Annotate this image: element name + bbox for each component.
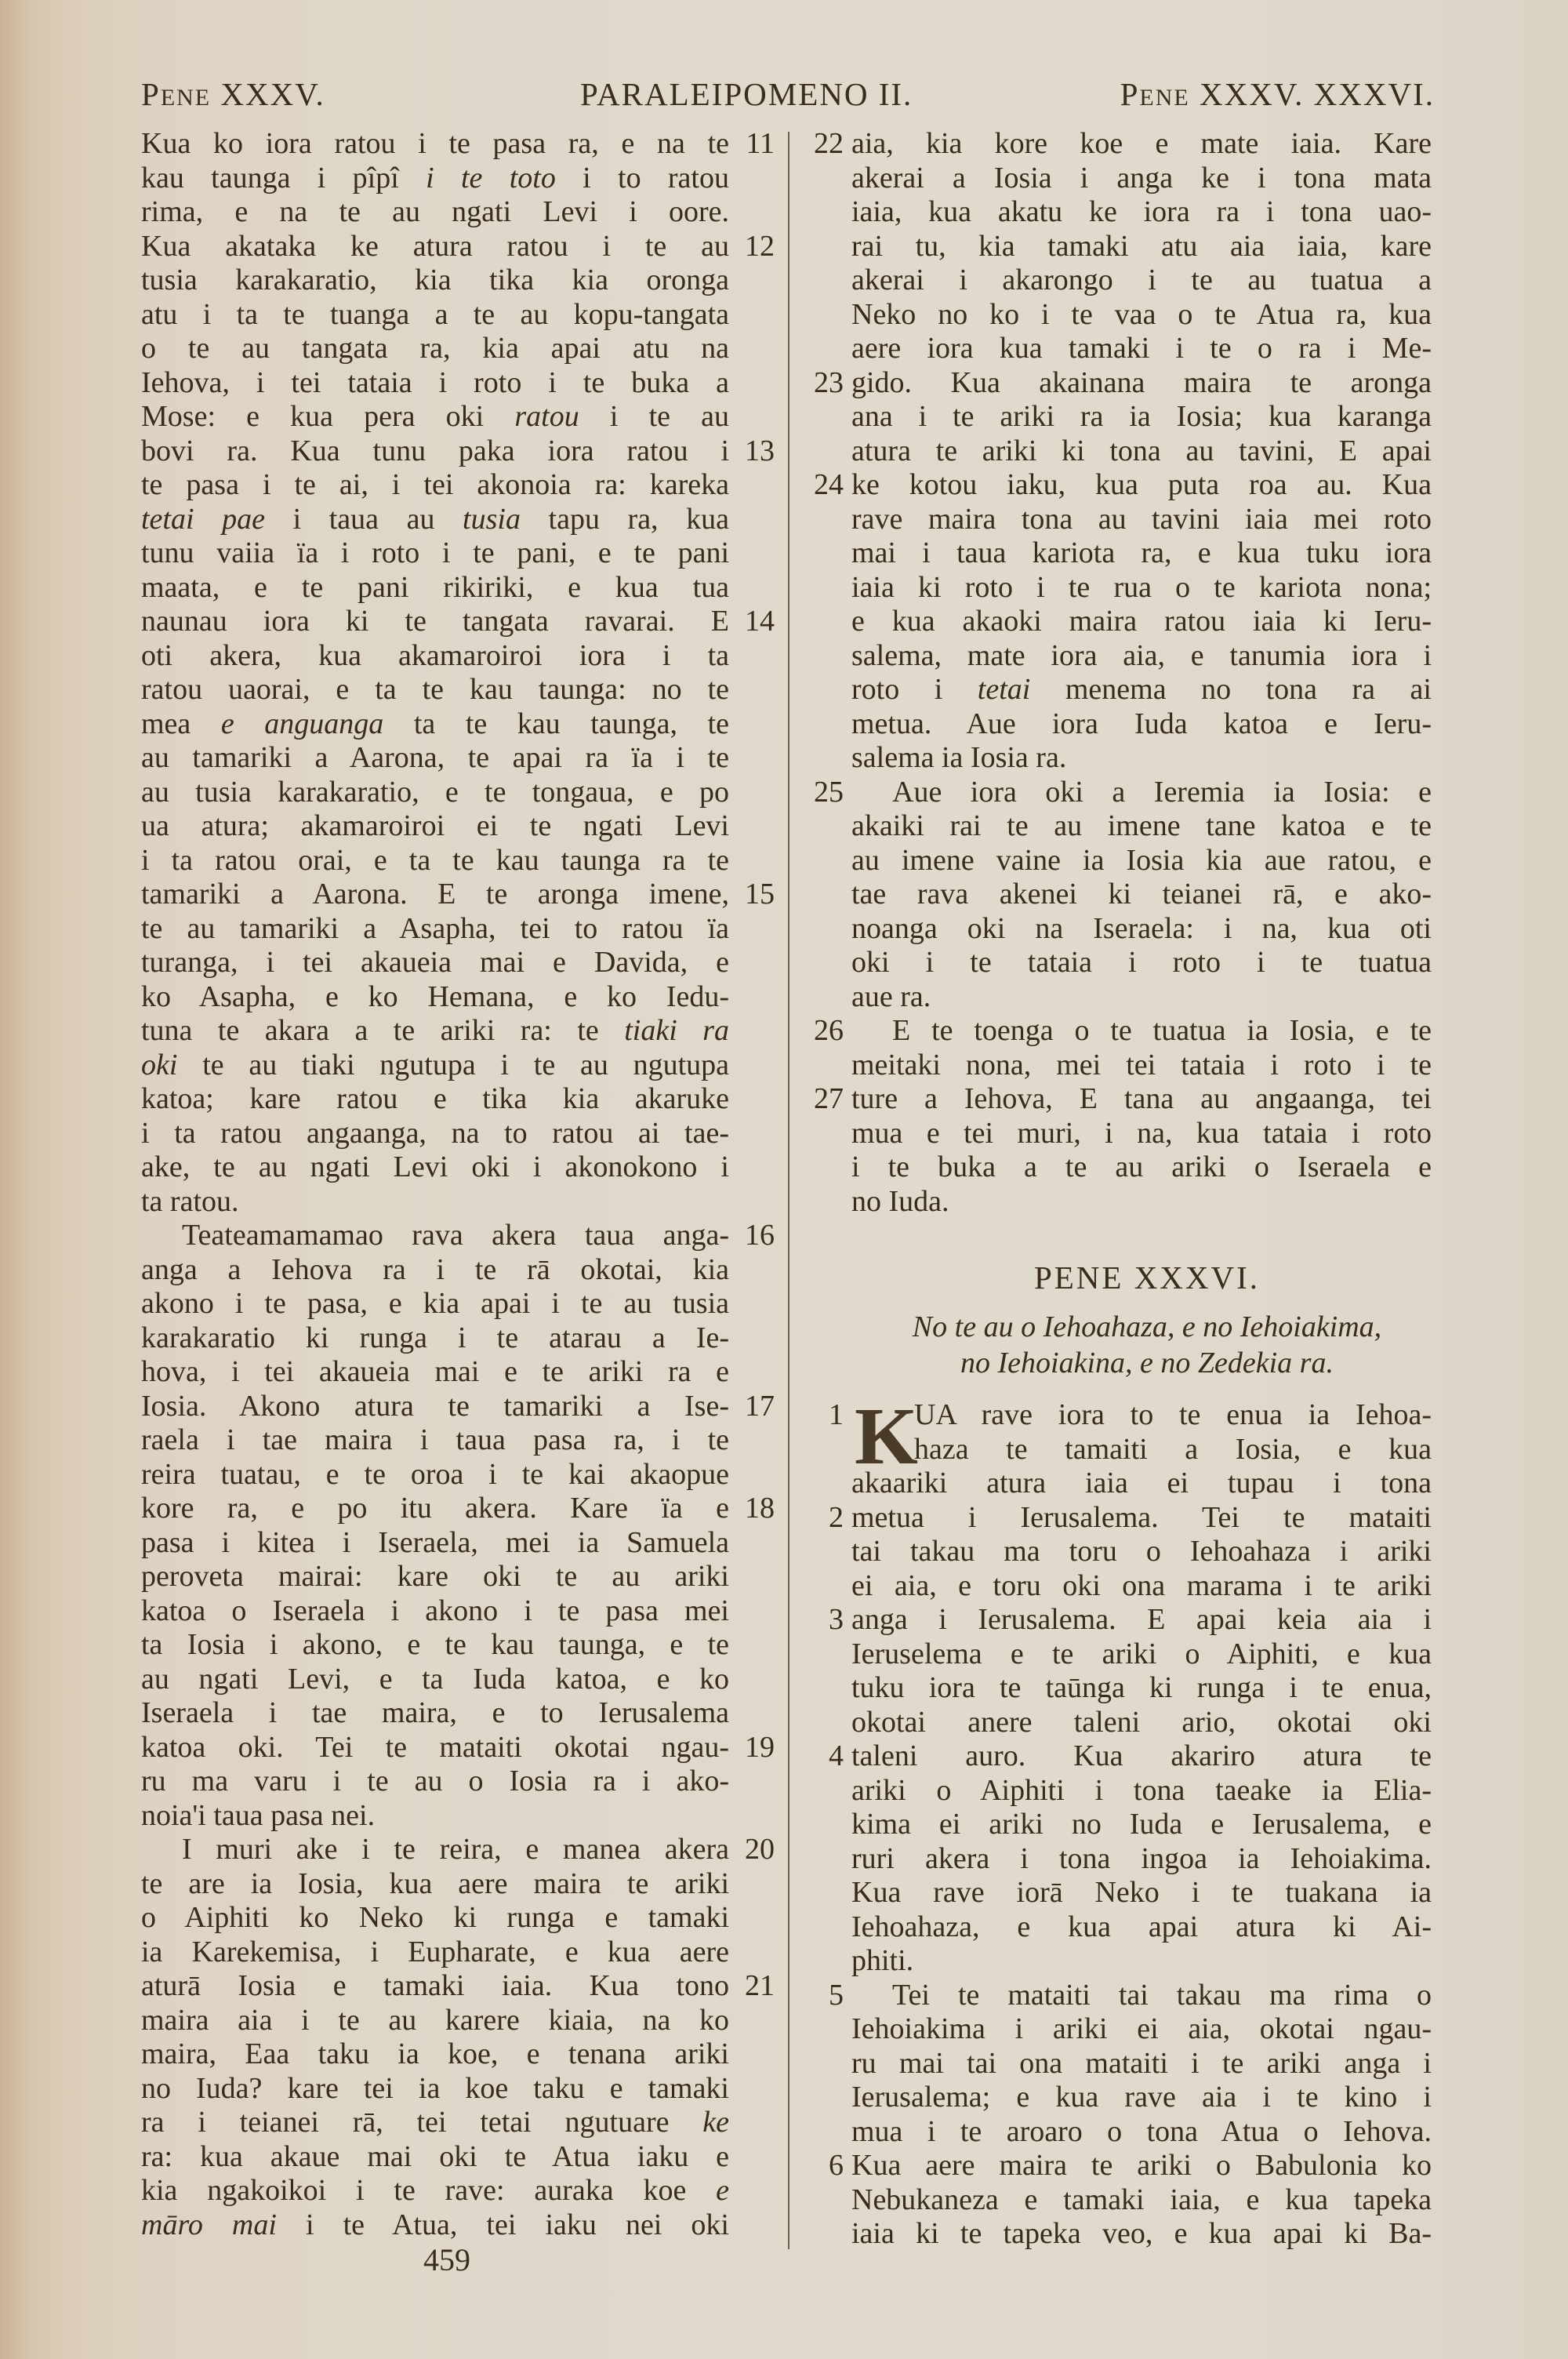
text-line: aia, kia kore koe e mate iaia. Kare22	[800, 127, 1443, 162]
text-line: aere iora kua tamaki i te o ra i Me-	[800, 332, 1443, 366]
line-text: akaiki rai te au imene tane katoa e te	[851, 809, 1432, 844]
line-text: ra i teianei rā, tei tetai ngutuare ke	[141, 2106, 729, 2140]
text-line: rave maira tona au tavini iaia mei roto	[800, 503, 1443, 537]
text-line: no Iuda? kare tei ia koe taku e tamaki	[141, 2072, 776, 2106]
text-line: kau taunga i pîpî i te toto i to ratou	[141, 162, 776, 196]
text-line: karakaratio ki runga i te atarau a Ie-	[141, 1321, 776, 1356]
verse-number: 5	[800, 1979, 844, 2013]
text-line: Ieruselema e te ariki o Aiphiti, e kua	[800, 1637, 1443, 1672]
line-text: Aue iora oki a Ieremia ia Iosia: e	[851, 776, 1432, 810]
text-line: ua atura; akamaroiroi ei te ngati Levi	[141, 809, 776, 844]
text-line: o te au tangata ra, kia apai atu na	[141, 332, 776, 366]
text-line: ake, te au ngati Levi oki i akonokono i	[141, 1150, 776, 1185]
line-text: anga i Ierusalema. E apai keia aia i	[851, 1603, 1432, 1637]
verse-number: 14	[731, 605, 775, 639]
text-line: anga a Iehova ra i te rā okotai, kia	[141, 1253, 776, 1288]
line-text: iaia, kua akatu ke iora ra i tona uao-	[851, 195, 1432, 230]
text-line: kima ei ariki no Iuda e Ierusalema, e	[800, 1808, 1443, 1842]
line-text: phiti.	[851, 1944, 1432, 1979]
line-text: I muri ake i te reira, e manea akera	[141, 1833, 729, 1867]
line-text: tusia karakaratio, kia tika kia oronga	[141, 264, 729, 298]
text-line: Kua ko iora ratou i te pasa ra, e na te1…	[141, 127, 776, 162]
text-line: Teateamamamao rava akera taua anga-16	[141, 1219, 776, 1253]
running-header-title: PARALEIPOMENO II.	[580, 75, 913, 113]
text-line: gido. Kua akainana maira te aronga23	[800, 366, 1443, 401]
chapter-summary-line: no Iehoiakina, e no Zedekia ra.	[851, 1345, 1443, 1381]
text-line: au ngati Levi, e ta Iuda katoa, e ko	[141, 1663, 776, 1697]
text-line: ariki o Aiphiti i tona taeake ia Elia-	[800, 1774, 1443, 1808]
line-text: Iosia. Akono atura te tamariki a Ise-	[141, 1390, 729, 1424]
line-text: roto i tetai menema no tona ra ai	[851, 673, 1432, 707]
line-text: Neko no ko i te vaa o te Atua ra, kua	[851, 298, 1432, 333]
line-text: atu i ta te tuanga a te au kopu-tangata	[141, 298, 729, 333]
line-text: ua atura; akamaroiroi ei te ngati Levi	[141, 809, 729, 844]
verse-number: 26	[800, 1014, 844, 1049]
line-text: ratou uaorai, e ta te kau taunga: no te	[141, 673, 729, 707]
line-text: mai i taua kariota ra, e kua tuku iora	[851, 536, 1432, 571]
line-text: noia'i taua pasa nei.	[141, 1799, 729, 1834]
verse-number: 2	[800, 1501, 844, 1536]
text-line: te are ia Iosia, kua aere maira te ariki	[141, 1867, 776, 1902]
text-line: ra i teianei rā, tei tetai ngutuare ke	[141, 2106, 776, 2140]
line-text: ta ratou.	[141, 1185, 729, 1219]
text-line: tamariki a Aarona. E te aronga imene,15	[141, 878, 776, 912]
line-text: ture a Iehova, E tana au angaanga, tei	[851, 1082, 1432, 1117]
line-text: kore ra, e po itu akera. Kare ïa e	[141, 1492, 729, 1526]
line-text: i ta ratou orai, e ta te kau taunga ra t…	[141, 844, 729, 878]
text-line: ke kotou iaku, kua puta roa au. Kua24	[800, 468, 1443, 503]
left-column: Kua ko iora ratou i te pasa ra, e na te1…	[141, 127, 776, 2242]
text-line: Iosia. Akono atura te tamariki a Ise-17	[141, 1390, 776, 1424]
line-text: te pasa i te ai, i tei akonoia ra: karek…	[141, 468, 729, 503]
line-text: Iehoiakima i ariki ei aia, okotai ngau-	[851, 2012, 1432, 2047]
chapter-36-start: UA rave iora to te enua ia Iehoa-1haza t…	[800, 1398, 1443, 2252]
chapter-35-end: aia, kia kore koe e mate iaia. Kare22ake…	[800, 127, 1443, 1219]
text-line: au tusia karakaratio, e te tongaua, e po	[141, 776, 776, 810]
line-text: ru ma varu i te au o Iosia ra i ako-	[141, 1765, 729, 1799]
line-text: akono i te pasa, e kia apai i te au tusi…	[141, 1287, 729, 1321]
text-line: mai i taua kariota ra, e kua tuku iora	[800, 536, 1443, 571]
text-line: tai takau ma toru o Iehoahaza i ariki	[800, 1535, 1443, 1569]
line-text: au tusia karakaratio, e te tongaua, e po	[141, 776, 729, 810]
text-line: akono i te pasa, e kia apai i te au tusi…	[141, 1287, 776, 1321]
text-line: hova, i tei akaueia mai e te ariki ra e	[141, 1355, 776, 1390]
text-line: ru mai tai ona mataiti i te ariki anga i	[800, 2047, 1443, 2081]
text-line: Iehoiakima i ariki ei aia, okotai ngau-	[800, 2012, 1443, 2047]
line-text: oti akera, kua akamaroiroi iora i ta	[141, 639, 729, 674]
line-text: Mose: e kua pera oki ratou i te au	[141, 400, 729, 434]
verse-number: 20	[731, 1833, 775, 1867]
text-line: akerai a Iosia i anga ke i tona mata	[800, 162, 1443, 196]
running-header-right: PENE XXXV. XXXVI.	[1120, 75, 1435, 113]
verse-number: 22	[800, 127, 844, 162]
book-page: PENE XXXV. PARALEIPOMENO II. PENE XXXV. …	[0, 0, 1568, 2359]
line-text: ana i te ariki ra ia Iosia; kua karanga	[851, 400, 1432, 434]
text-line: i te buka a te au ariki o Iseraela e	[800, 1150, 1443, 1185]
line-text: Kua ko iora ratou i te pasa ra, e na te	[141, 127, 729, 162]
text-line: mea e anguanga ta te kau taunga, te	[141, 707, 776, 742]
text-line: ta ratou.	[141, 1185, 776, 1219]
line-text: māro mai i te Atua, tei iaku nei oki	[141, 2208, 729, 2243]
text-line: i ta ratou orai, e ta te kau taunga ra t…	[141, 844, 776, 878]
text-line: Ierusalema; e kua rave aia i te kino i	[800, 2081, 1443, 2115]
verse-number: 6	[800, 2149, 844, 2183]
line-text: au tamariki a Aarona, te apai ra ïa i te	[141, 741, 729, 776]
line-text: tunu vaiia ïa i roto i te pani, e te pan…	[141, 536, 729, 571]
verse-number: 27	[800, 1082, 844, 1117]
text-line: au tamariki a Aarona, te apai ra ïa i te	[141, 741, 776, 776]
line-text: hova, i tei akaueia mai e te ariki ra e	[141, 1355, 729, 1390]
line-text: ake, te au ngati Levi oki i akonokono i	[141, 1150, 729, 1185]
verse-number: 12	[731, 230, 775, 264]
line-text: Iehoahaza, e kua apai atura ki Ai-	[851, 1910, 1432, 1945]
text-line: ko Asapha, e ko Hemana, e ko Iedu-	[141, 980, 776, 1015]
line-text: pasa i kitea i Iseraela, mei ia Samuela	[141, 1526, 729, 1561]
line-text: ia Karekemisa, i Eupharate, e kua aere	[141, 1936, 729, 1970]
verse-number: 18	[731, 1492, 775, 1526]
text-line: ra: kua akaue mai oki te Atua iaku e	[141, 2140, 776, 2175]
text-line: Tei te mataiti tai takau ma rima o5	[800, 1979, 1443, 2013]
text-line: katoa o Iseraela i akono i te pasa mei	[141, 1594, 776, 1629]
line-text: o Aiphiti ko Neko ki runga e tamaki	[141, 1901, 729, 1936]
verse-number: 17	[731, 1390, 775, 1424]
line-text: raela i tae maira i taua pasa ra, i te	[141, 1423, 729, 1458]
line-text: tai takau ma toru o Iehoahaza i ariki	[851, 1535, 1432, 1569]
text-line: ture a Iehova, E tana au angaanga, tei27	[800, 1082, 1443, 1117]
text-line: te au tamariki a Asapha, tei to ratou ïa	[141, 912, 776, 947]
text-line: Kua aere maira te ariki o Babulonia ko6	[800, 2149, 1443, 2183]
text-line: reira tuatau, e te oroa i te kai akaopue	[141, 1458, 776, 1492]
verse-number: 21	[731, 1969, 775, 2004]
line-text: katoa o Iseraela i akono i te pasa mei	[141, 1594, 729, 1629]
line-text: salema, mate iora aia, e tanumia iora i	[851, 639, 1432, 674]
line-text: anga a Iehova ra i te rā okotai, kia	[141, 1253, 729, 1288]
line-text: Ieruselema e te ariki o Aiphiti, e kua	[851, 1637, 1432, 1672]
line-text: peroveta mairai: kare oki te au ariki	[141, 1560, 729, 1594]
verse-number: 4	[800, 1739, 844, 1774]
line-text: tuna te akara a te ariki ra: te tiaki ra	[141, 1014, 729, 1049]
line-text: rave maira tona au tavini iaia mei roto	[851, 503, 1432, 537]
text-line: mua e tei muri, i na, kua tataia i roto	[800, 1117, 1443, 1151]
running-header-left: PENE XXXV.	[141, 75, 325, 113]
drop-cap: K	[855, 1401, 918, 1472]
text-line: iaia ki te tapeka veo, e kua apai ki Ba-	[800, 2217, 1443, 2252]
text-line: tuku iora te taūnga ki runga i te enua,	[800, 1671, 1443, 1706]
line-text: haza te tamaiti a Iosia, e kua	[851, 1433, 1432, 1467]
text-line: Kua rave iorā Neko i te tuakana ia	[800, 1876, 1443, 1910]
line-text: kia ngakoikoi i te rave: auraka koe e	[141, 2174, 729, 2208]
text-line: I muri ake i te reira, e manea akera20	[141, 1833, 776, 1867]
text-line: ana i te ariki ra ia Iosia; kua karanga	[800, 400, 1443, 434]
text-line: metua i Ierusalema. Tei te mataiti2	[800, 1501, 1443, 1536]
line-text: iaia ki te tapeka veo, e kua apai ki Ba-	[851, 2217, 1432, 2252]
text-line: maata, e te pani rikiriki, e kua tua	[141, 571, 776, 605]
line-text: Kua rave iorā Neko i te tuakana ia	[851, 1876, 1432, 1910]
line-text: meitaki nona, mei tei tataia i roto i te	[851, 1049, 1432, 1083]
text-line: Kua akataka ke atura ratou i te au12	[141, 230, 776, 264]
verse-number: 15	[731, 878, 775, 912]
text-line: ei aia, e toru oki ona marama i te ariki	[800, 1569, 1443, 1604]
text-line: no Iuda.	[800, 1185, 1443, 1219]
line-text: katoa oki. Tei te mataiti okotai ngau-	[141, 1731, 729, 1765]
text-line: okotai anere taleni ario, okotai oki	[800, 1706, 1443, 1740]
text-line: e kua akaoki maira ratou iaia ki Ieru-	[800, 605, 1443, 639]
text-line: au imene vaine ia Iosia kia aue ratou, e	[800, 844, 1443, 878]
verse-number: 25	[800, 776, 844, 810]
text-line: aturā Iosia e tamaki iaia. Kua tono21	[141, 1969, 776, 2004]
text-line: meitaki nona, mei tei tataia i roto i te	[800, 1049, 1443, 1083]
verse-number: 23	[800, 366, 844, 401]
line-text: rai tu, kia tamaki atu aia iaia, kare	[851, 230, 1432, 264]
chapter-summary: No te au o Iehoahaza, e no Iehoiakima, n…	[800, 1309, 1443, 1381]
text-line: akerai i akarongo i te au tuatua a	[800, 264, 1443, 298]
text-line: Iehova, i tei tataia i roto i te buka a	[141, 366, 776, 401]
line-text: ei aia, e toru oki ona marama i te ariki	[851, 1569, 1432, 1604]
line-text: aue ra.	[851, 980, 1432, 1015]
text-line: taleni auro. Kua akariro atura te4	[800, 1739, 1443, 1774]
text-line: noanga oki na Iseraela: i na, kua oti	[800, 912, 1443, 947]
line-text: ra: kua akaue mai oki te Atua iaku e	[141, 2140, 729, 2175]
text-line: ta Iosia i akono, e te kau taunga, e te	[141, 1628, 776, 1663]
line-text: oki i te tataia i roto i te tuatua	[851, 946, 1432, 980]
line-text: metua i Ierusalema. Tei te mataiti	[851, 1501, 1432, 1536]
text-line: maira, Eaa taku ia koe, e tenana ariki	[141, 2037, 776, 2072]
text-line: Neko no ko i te vaa o te Atua ra, kua	[800, 298, 1443, 333]
text-line: naunau iora ki te tangata ravarai. E14	[141, 605, 776, 639]
line-text: Kua akataka ke atura ratou i te au	[141, 230, 729, 264]
line-text: rima, e na te au ngati Levi i oore.	[141, 195, 729, 230]
text-line: ia Karekemisa, i Eupharate, e kua aere	[141, 1936, 776, 1970]
text-line: turanga, i tei akaueia mai e Davida, e	[141, 946, 776, 980]
line-text: bovi ra. Kua tunu paka iora ratou i	[141, 434, 729, 469]
text-line: tunu vaiia ïa i roto i te pani, e te pan…	[141, 536, 776, 571]
chapter-summary-line: No te au o Iehoahaza, e no Iehoiakima,	[851, 1309, 1443, 1345]
text-line: roto i tetai menema no tona ra ai	[800, 673, 1443, 707]
text-line: ratou uaorai, e ta te kau taunga: no te	[141, 673, 776, 707]
line-text: reira tuatau, e te oroa i te kai akaopue	[141, 1458, 729, 1492]
text-line: i ta ratou angaanga, na to ratou ai tae-	[141, 1117, 776, 1151]
line-text: e kua akaoki maira ratou iaia ki Ieru-	[851, 605, 1432, 639]
text-line: phiti.	[800, 1944, 1443, 1979]
line-text: aia, kia kore koe e mate iaia. Kare	[851, 127, 1432, 162]
text-line: maira aia i te au karere kiaia, na ko	[141, 2004, 776, 2038]
text-line: ruri akera i tona ingoa ia Iehoiakima.	[800, 1842, 1443, 1877]
text-line: iaia ki roto i te rua o te kariota nona;	[800, 571, 1443, 605]
text-line: bovi ra. Kua tunu paka iora ratou i13	[141, 434, 776, 469]
page-number: 459	[423, 2241, 470, 2278]
line-text: i ta ratou angaanga, na to ratou ai tae-	[141, 1117, 729, 1151]
line-text: karakaratio ki runga i te atarau a Ie-	[141, 1321, 729, 1356]
text-line: peroveta mairai: kare oki te au ariki	[141, 1560, 776, 1594]
verse-number: 24	[800, 468, 844, 503]
line-text: mea e anguanga ta te kau taunga, te	[141, 707, 729, 742]
line-text: gido. Kua akainana maira te aronga	[851, 366, 1432, 401]
line-text: oki te au tiaki ngutupa i te au ngutupa	[141, 1049, 729, 1083]
line-text: i te buka a te au ariki o Iseraela e	[851, 1150, 1432, 1185]
text-line: iaia, kua akatu ke iora ra i tona uao-	[800, 195, 1443, 230]
right-column: aia, kia kore koe e mate iaia. Kare22ake…	[800, 127, 1443, 2252]
text-line: anga i Ierusalema. E apai keia aia i3	[800, 1603, 1443, 1637]
verse-number: 11	[731, 127, 775, 162]
column-rule	[788, 132, 789, 2249]
line-text: akerai a Iosia i anga ke i tona mata	[851, 162, 1432, 196]
text-line: salema ia Iosia ra.	[800, 741, 1443, 776]
text-line: oki te au tiaki ngutupa i te au ngutupa	[141, 1049, 776, 1083]
text-line: tusia karakaratio, kia tika kia oronga	[141, 264, 776, 298]
line-text: naunau iora ki te tangata ravarai. E	[141, 605, 729, 639]
line-text: ru mai tai ona mataiti i te ariki anga i	[851, 2047, 1432, 2081]
running-header: PENE XXXV. PARALEIPOMENO II. PENE XXXV. …	[141, 75, 1435, 122]
text-line: kia ngakoikoi i te rave: auraka koe e	[141, 2174, 776, 2208]
text-line: oki i te tataia i roto i te tuatua	[800, 946, 1443, 980]
text-line: noia'i taua pasa nei.	[141, 1799, 776, 1834]
line-text: taleni auro. Kua akariro atura te	[851, 1739, 1432, 1774]
line-text: maira, Eaa taku ia koe, e tenana ariki	[141, 2037, 729, 2072]
text-line: Nebukaneza e tamaki iaia, e kua tapeka	[800, 2183, 1443, 2218]
line-text: maira aia i te au karere kiaia, na ko	[141, 2004, 729, 2038]
line-text: ta Iosia i akono, e te kau taunga, e te	[141, 1628, 729, 1663]
line-text: Iseraela i tae maira, e to Ierusalema	[141, 1696, 729, 1731]
verse-number: 3	[800, 1603, 844, 1637]
verse-number: 16	[731, 1219, 775, 1253]
text-line: ru ma varu i te au o Iosia ra i ako-	[141, 1765, 776, 1799]
text-line: o Aiphiti ko Neko ki runga e tamaki	[141, 1901, 776, 1936]
line-text: akerai i akarongo i te au tuatua a	[851, 264, 1432, 298]
line-text: Ierusalema; e kua rave aia i te kino i	[851, 2081, 1432, 2115]
text-line: oti akera, kua akamaroiroi iora i ta	[141, 639, 776, 674]
line-text: UA rave iora to te enua ia Iehoa-	[851, 1398, 1432, 1433]
line-text: turanga, i tei akaueia mai e Davida, e	[141, 946, 729, 980]
line-text: aturā Iosia e tamaki iaia. Kua tono	[141, 1969, 729, 2004]
line-text: mua e tei muri, i na, kua tataia i roto	[851, 1117, 1432, 1151]
text-line: E te toenga o te tuatua ia Iosia, e te26	[800, 1014, 1443, 1049]
text-line: katoa oki. Tei te mataiti okotai ngau-19	[141, 1731, 776, 1765]
text-line: pasa i kitea i Iseraela, mei ia Samuela	[141, 1526, 776, 1561]
text-line: Aue iora oki a Ieremia ia Iosia: e25	[800, 776, 1443, 810]
line-text: Tei te mataiti tai takau ma rima o	[851, 1979, 1432, 2013]
line-text: ruri akera i tona ingoa ia Iehoiakima.	[851, 1842, 1432, 1877]
text-line: rima, e na te au ngati Levi i oore.	[141, 195, 776, 230]
line-text: E te toenga o te tuatua ia Iosia, e te	[851, 1014, 1432, 1049]
text-line: katoa; kare ratou e tika kia akaruke	[141, 1082, 776, 1117]
text-line: Mose: e kua pera oki ratou i te au	[141, 400, 776, 434]
text-line: mua i te aroaro o tona Atua o Iehova.	[800, 2115, 1443, 2150]
line-text: atura te ariki ki tona au tavini, E apai	[851, 434, 1432, 469]
line-text: mua i te aroaro o tona Atua o Iehova.	[851, 2115, 1432, 2150]
verse-number: 1	[800, 1398, 844, 1433]
line-text: tuku iora te taūnga ki runga i te enua,	[851, 1671, 1432, 1706]
text-line: salema, mate iora aia, e tanumia iora i	[800, 639, 1443, 674]
line-text: no Iuda.	[851, 1185, 1432, 1219]
line-text: au imene vaine ia Iosia kia aue ratou, e	[851, 844, 1432, 878]
line-text: okotai anere taleni ario, okotai oki	[851, 1706, 1432, 1740]
line-text: kima ei ariki no Iuda e Ierusalema, e	[851, 1808, 1432, 1842]
line-text: maata, e te pani rikiriki, e kua tua	[141, 571, 729, 605]
text-line: kore ra, e po itu akera. Kare ïa e18	[141, 1492, 776, 1526]
line-text: tae rava akenei ki teianei rā, e ako-	[851, 878, 1432, 912]
text-line: metua. Aue iora Iuda katoa e Ieru-	[800, 707, 1443, 742]
line-text: Kua aere maira te ariki o Babulonia ko	[851, 2149, 1432, 2183]
line-text: akaariki atura iaia ei tupau i tona	[851, 1467, 1432, 1501]
line-text: ariki o Aiphiti i tona taeake ia Elia-	[851, 1774, 1432, 1808]
line-text: kau taunga i pîpî i te toto i to ratou	[141, 162, 729, 196]
text-line: akaiki rai te au imene tane katoa e te	[800, 809, 1443, 844]
line-text: salema ia Iosia ra.	[851, 741, 1432, 776]
line-text: ko Asapha, e ko Hemana, e ko Iedu-	[141, 980, 729, 1015]
line-text: no Iuda? kare tei ia koe taku e tamaki	[141, 2072, 729, 2106]
line-text: aere iora kua tamaki i te o ra i Me-	[851, 332, 1432, 366]
text-line: rai tu, kia tamaki atu aia iaia, kare	[800, 230, 1443, 264]
line-text: ke kotou iaku, kua puta roa au. Kua	[851, 468, 1432, 503]
line-text: iaia ki roto i te rua o te kariota nona;	[851, 571, 1432, 605]
line-text: katoa; kare ratou e tika kia akaruke	[141, 1082, 729, 1117]
verse-number: 19	[731, 1731, 775, 1765]
text-line: tae rava akenei ki teianei rā, e ako-	[800, 878, 1443, 912]
verse-number: 13	[731, 434, 775, 469]
text-line: tuna te akara a te ariki ra: te tiaki ra	[141, 1014, 776, 1049]
text-line: aue ra.	[800, 980, 1443, 1015]
line-text: Teateamamamao rava akera taua anga-	[141, 1219, 729, 1253]
line-text: te are ia Iosia, kua aere maira te ariki	[141, 1867, 729, 1902]
text-line: atu i ta te tuanga a te au kopu-tangata	[141, 298, 776, 333]
chapter-heading: PENE XXXVI.	[800, 1219, 1443, 1309]
text-line: māro mai i te Atua, tei iaku nei oki	[141, 2208, 776, 2243]
line-text: au ngati Levi, e ta Iuda katoa, e ko	[141, 1663, 729, 1697]
line-text: Iehova, i tei tataia i roto i te buka a	[141, 366, 729, 401]
text-line: tetai pae i taua au tusia tapu ra, kua	[141, 503, 776, 537]
text-line: raela i tae maira i taua pasa ra, i te	[141, 1423, 776, 1458]
line-text: metua. Aue iora Iuda katoa e Ieru-	[851, 707, 1432, 742]
text-line: Iseraela i tae maira, e to Ierusalema	[141, 1696, 776, 1731]
text-line: Iehoahaza, e kua apai atura ki Ai-	[800, 1910, 1443, 1945]
line-text: tetai pae i taua au tusia tapu ra, kua	[141, 503, 729, 537]
text-line: te pasa i te ai, i tei akonoia ra: karek…	[141, 468, 776, 503]
text-line: atura te ariki ki tona au tavini, E apai	[800, 434, 1443, 469]
line-text: te au tamariki a Asapha, tei to ratou ïa	[141, 912, 729, 947]
line-text: o te au tangata ra, kia apai atu na	[141, 332, 729, 366]
line-text: tamariki a Aarona. E te aronga imene,	[141, 878, 729, 912]
line-text: noanga oki na Iseraela: i na, kua oti	[851, 912, 1432, 947]
line-text: Nebukaneza e tamaki iaia, e kua tapeka	[851, 2183, 1432, 2218]
